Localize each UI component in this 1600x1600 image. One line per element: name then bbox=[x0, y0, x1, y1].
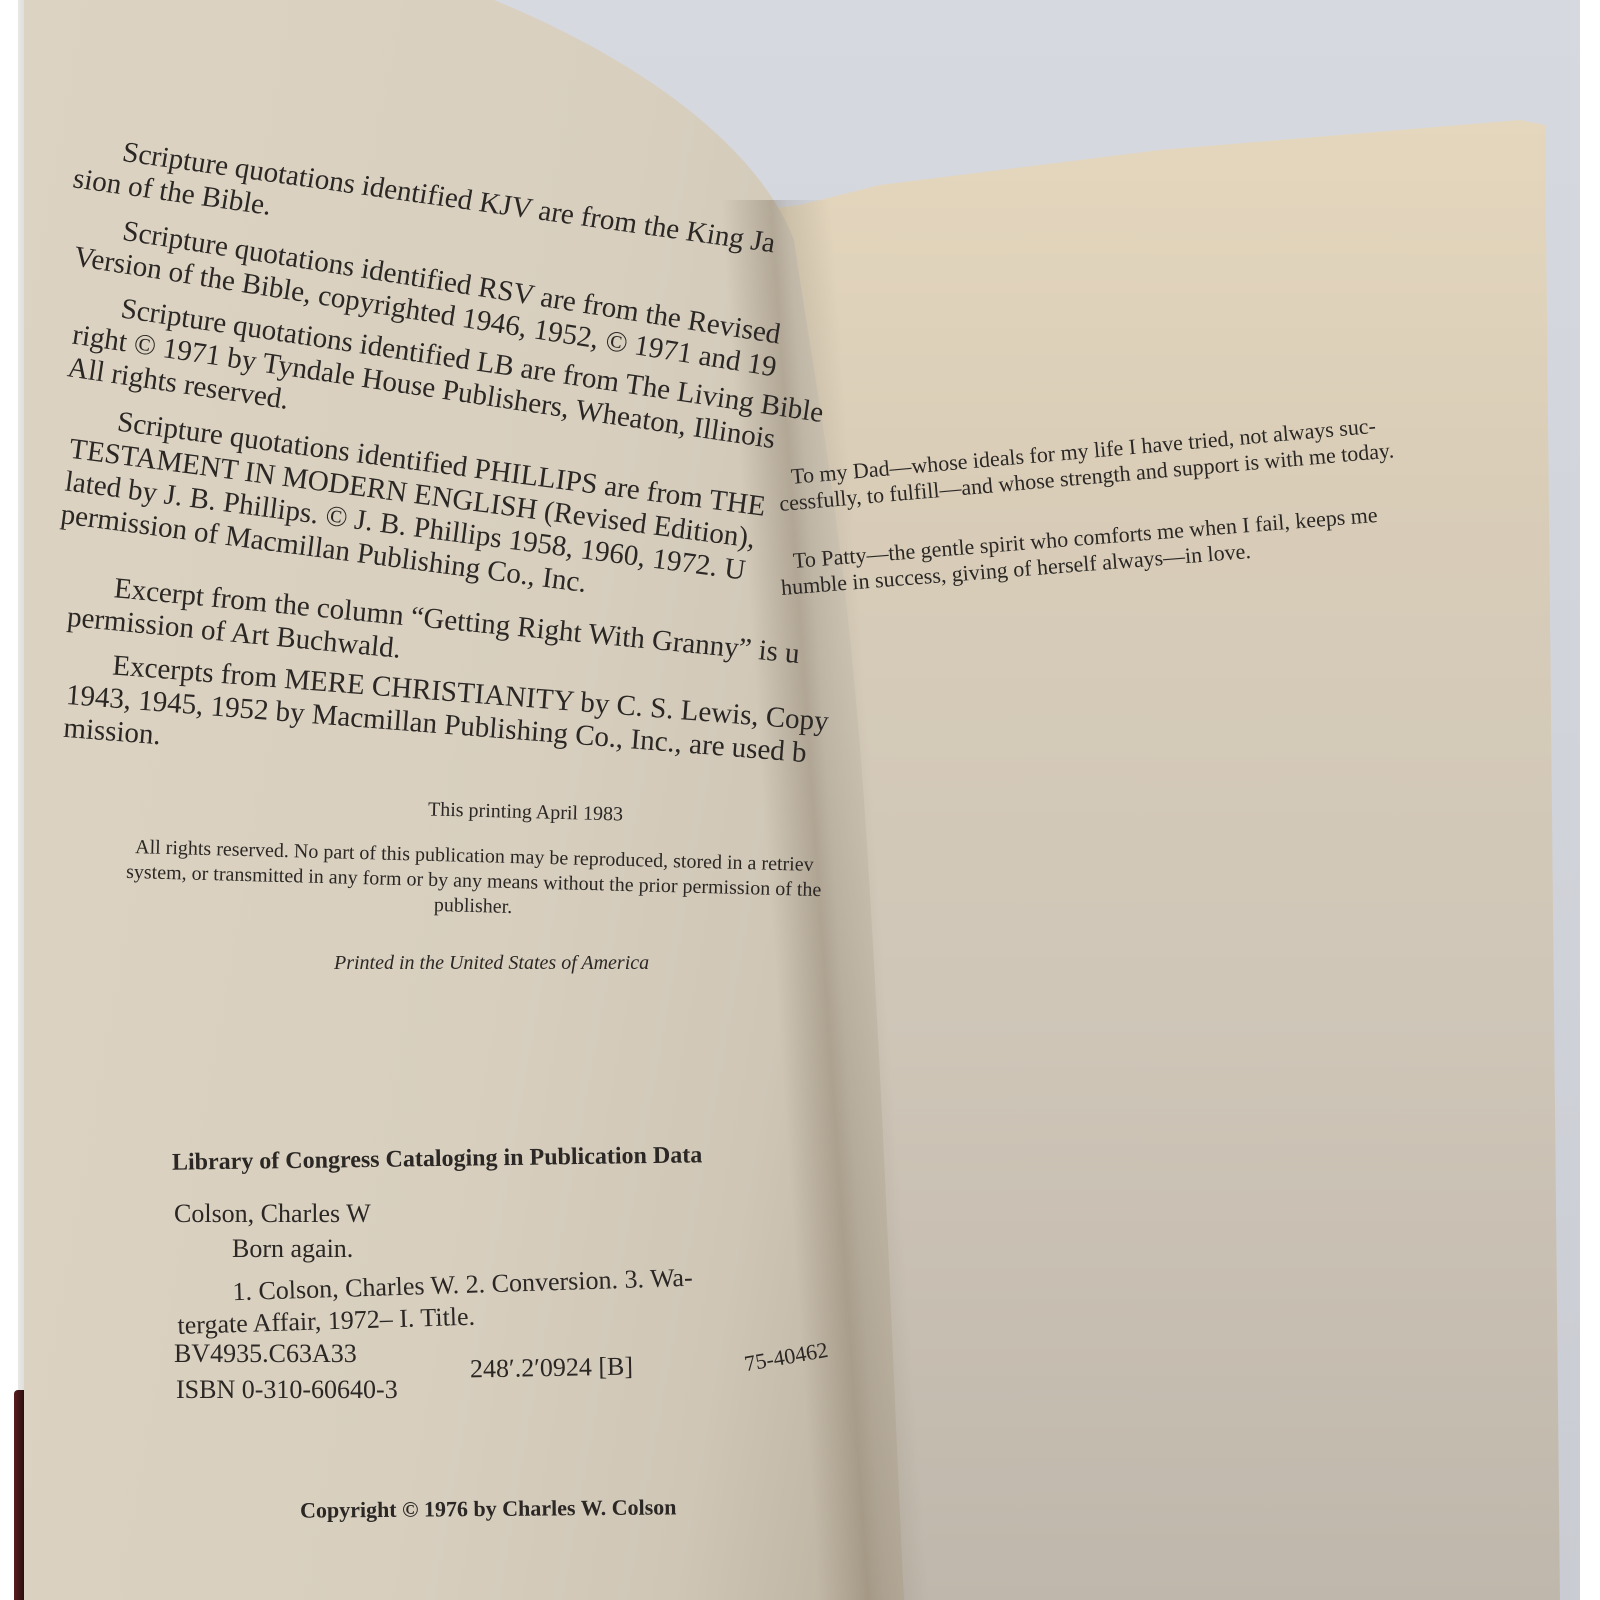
printing-date: This printing April 1983 bbox=[428, 797, 624, 827]
printed-in: Printed in the United States of America bbox=[334, 952, 649, 975]
cip-author: Colson, Charles W bbox=[174, 1198, 371, 1230]
cip-isbn: ISBN 0-310-60640-3 bbox=[176, 1374, 398, 1406]
cip-call-number: BV4935.C63A33 bbox=[174, 1338, 357, 1370]
copyright-line: Copyright © 1976 by Charles W. Colson bbox=[300, 1494, 677, 1523]
cip-dewey: 248′.2′0924 [B] bbox=[470, 1351, 634, 1386]
book-cover-edge bbox=[14, 1390, 24, 1600]
cip-book-title: Born again. bbox=[232, 1233, 353, 1265]
